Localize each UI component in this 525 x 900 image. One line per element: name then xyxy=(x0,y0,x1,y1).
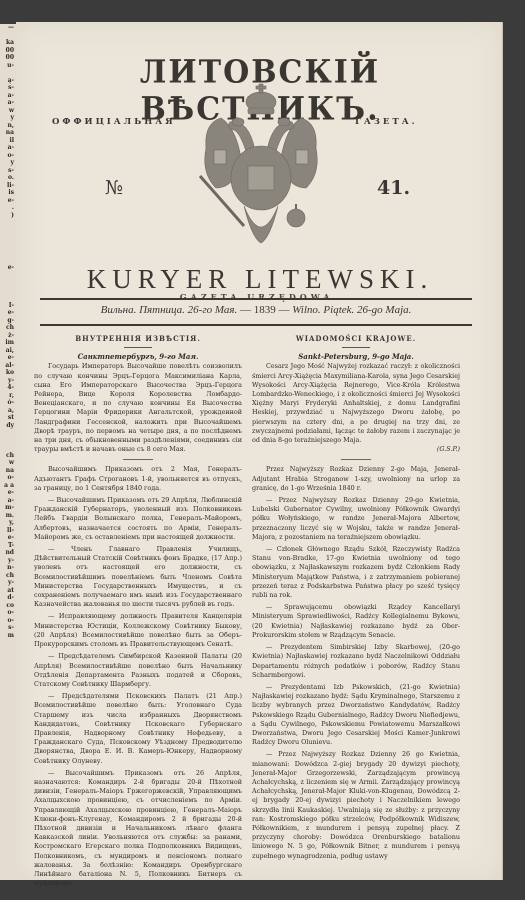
dateline-russian: Вильна. Пятница. 26-го Мая. xyxy=(101,304,238,316)
newspaper-page: ЛИТОВСКІЙ ВѢСТНИКЪ. ОФФИЦІАЛЬНАЯ ГАЗЕТА. xyxy=(16,22,503,880)
dateline-polish: Wilno. Piątek. 26-go Maja. xyxy=(292,304,411,316)
article-separator xyxy=(123,459,153,460)
previous-page-strip: — ka 00 00 u- ą- s- a- a- w y n, na il a… xyxy=(0,24,17,880)
dateline-year: — 1839 — xyxy=(240,304,290,316)
double-headed-eagle-icon xyxy=(186,78,336,248)
previous-page-text: — ka 00 00 u- ą- s- a- a- w y n, na il a… xyxy=(0,24,16,639)
section-title-russian: ВНУТРЕННІЯ ИЗВѢСТІЯ. xyxy=(34,334,242,343)
article-paragraph: — Prezydentami Izb Pskowskich, (21-go Kw… xyxy=(252,683,460,747)
section-rule xyxy=(342,347,370,348)
article-paragraph: — Высочайшимъ Приказомъ отъ 29 Апрѣля, Л… xyxy=(34,496,242,542)
article-paragraph: — Предсѣдателемъ Симбирской Казенной Пал… xyxy=(34,652,242,689)
subtitle-polish: GAZETA URZĘDOWA. xyxy=(40,292,480,302)
article-paragraph: — Przez Najwyższy Rozkaz Dzienny 29-go K… xyxy=(252,496,460,542)
article-paragraph: — Членъ Главнаго Правленія Училищъ, Дѣйс… xyxy=(34,545,242,609)
subtitle-official: ОФФИЦІАЛЬНАЯ xyxy=(52,117,176,127)
place-date-heading: Санктпетербургъ, 9-го Мая. xyxy=(34,352,242,361)
article-paragraph: Высочайшимъ Приказомъ отъ 2 Мая, Генерал… xyxy=(34,465,242,493)
article-paragraph: — Sprawującemu obowiązki Rządcy Kancella… xyxy=(252,603,460,640)
column-russian: ВНУТРЕННІЯ ИЗВѢСТІЯ. Санктпетербургъ, 9-… xyxy=(34,332,242,891)
article-paragraph: — Prezydentem Simbirskiej Izby Skarbowej… xyxy=(252,643,460,680)
section-rule xyxy=(124,347,152,348)
dateline-top-rule xyxy=(40,298,472,300)
article-paragraph: Przez Najwyższy Rozkaz Dzienny 2-go Maja… xyxy=(252,465,460,493)
place-date-heading: Sankt-Petersburg, 9-go Maja. xyxy=(252,352,460,361)
article-paragraph: — Przez Najwyższy Rozkaz Dzienny 26 go K… xyxy=(252,750,460,860)
dateline: Вильна. Пятница. 26-го Мая. — 1839 — Wil… xyxy=(40,304,472,316)
section-title-polish: WIADOMOŚCI KRAJOWE. xyxy=(252,334,460,343)
article-paragraph: Cesarz Jego Mość Najwyżej rozkazać raczy… xyxy=(252,362,460,445)
article-paragraph: Государь Императоръ Высочайше повелѣть с… xyxy=(34,362,242,454)
source-signature: (G.S.P.) xyxy=(252,445,460,454)
masthead-title-polish: KURYER LITEWSKI. xyxy=(40,264,480,295)
article-separator xyxy=(341,459,371,460)
article-paragraph: — Высочайшимъ Приказомъ отъ 26 Апрѣля, н… xyxy=(34,769,242,889)
article-paragraph: — Исправляющему должность Правителя Канц… xyxy=(34,612,242,649)
dateline-bottom-rule xyxy=(40,324,472,326)
issue-number-label: № xyxy=(105,177,123,199)
subtitle-gazette: ГАЗЕТА. xyxy=(355,117,418,127)
column-polish: WIADOMOŚCI KRAJOWE. Sankt-Petersburg, 9-… xyxy=(252,332,460,864)
article-paragraph: — Предсѣдателями Псковскихъ Палатъ (21 А… xyxy=(34,692,242,766)
article-paragraph: — Członek Głównego Rządu Szkół, Rzeczywi… xyxy=(252,545,460,600)
issue-number: 41. xyxy=(377,177,410,199)
